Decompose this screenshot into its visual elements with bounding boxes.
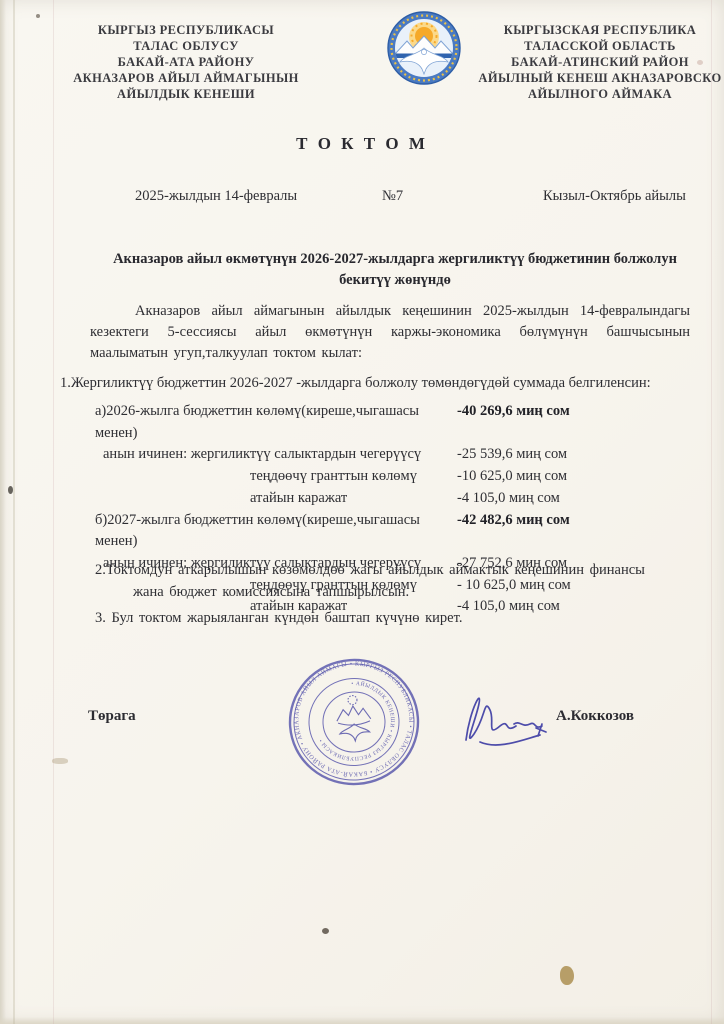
budget-value: -10 625,0 миң сом: [457, 466, 695, 488]
budget-row-2027-total: б)2027-жылга бюджеттин көлөмү(киреше,чыг…: [95, 510, 695, 553]
resolution-item-2: 2.Токтомдун аткарылышын көзөмөлдөө жагы …: [60, 560, 675, 603]
budget-value: -25 539,6 миң сом: [457, 444, 695, 466]
handwritten-signature: [450, 678, 554, 764]
budget-value: -4 105,0 миң сом: [457, 488, 695, 510]
budget-row-2026-grant: теңдөөчү гранттын көлөмү -10 625,0 миң с…: [95, 466, 695, 488]
budget-label: атайын каражат: [95, 488, 457, 510]
signatory-name: А.Коккозов: [556, 708, 634, 725]
org-line: АЙЫЛНЫЙ КЕНЕШ АКНАЗАРОВСКО: [470, 70, 724, 86]
budget-value: -40 269,6 миң сом: [457, 401, 695, 444]
resolution-item-3: 3. Бул токтом жарыяланган күндөн баштап …: [95, 610, 695, 627]
paper-stain: [560, 966, 574, 985]
letterhead-russian: КЫРГЫЗСКАЯ РЕСПУБЛИКА ТАЛАССКОЙ ОБЛАСТЬ …: [470, 22, 724, 102]
paper-speck: [8, 486, 13, 494]
org-line: БАКАЙ-АТА РАЙОНУ: [52, 54, 320, 70]
budget-label: теңдөөчү гранттын көлөмү: [95, 466, 457, 488]
scan-edge-bottom: [0, 1017, 724, 1024]
scanned-decree-document: КЫРГЫЗ РЕСПУБЛИКАСЫ ТАЛАС ОБЛУСУ БАКАЙ-А…: [0, 0, 724, 1024]
org-line: ТАЛАС ОБЛУСУ: [52, 38, 320, 54]
stamp-center-emblem: [335, 694, 372, 742]
document-title: Т О К Т О М: [0, 134, 724, 154]
budget-row-2026-taxes: анын ичинен: жергиликтүү салыктардын чег…: [95, 444, 695, 466]
org-line: КЫРГЫЗ РЕСПУБЛИКАСЫ: [52, 22, 320, 38]
org-line: АЙЫЛНОГО АЙМАКА: [470, 86, 724, 102]
document-date: 2025-жылдын 14-февралы: [135, 188, 297, 205]
document-number: №7: [382, 188, 403, 205]
signatory-role: Төрага: [88, 708, 136, 725]
preamble-paragraph: Акназаров айыл аймагынын айылдык кеңешин…: [90, 301, 690, 364]
kyrgyz-state-emblem-icon: [386, 10, 462, 86]
budget-label: б)2027-жылга бюджеттин көлөмү(киреше,чыг…: [95, 510, 457, 553]
org-line: БАКАЙ-АТИНСКИЙ РАЙОН: [470, 54, 724, 70]
budget-value: -42 482,6 миң сом: [457, 510, 695, 553]
paper-smudge: [52, 758, 68, 764]
paper-speck: [697, 60, 703, 65]
paper-speck: [322, 928, 329, 934]
org-line: АКНАЗАРОВ АЙЫЛ АЙМАГЫНЫН: [52, 70, 320, 86]
budget-label: а)2026-жылга бюджеттин көлөмү(киреше,чыг…: [95, 401, 457, 444]
official-round-seal-stamp: • КЫРГЫЗ РЕСПУБЛИКАСЫ • ТАЛАС ОБЛУСУ • Б…: [276, 647, 431, 797]
budget-row-2026-special: атайын каражат -4 105,0 миң сом: [95, 488, 695, 510]
org-line: АЙЫЛДЫК КЕНЕШИ: [52, 86, 320, 102]
budget-label: анын ичинен: жергиликтүү салыктардын чег…: [95, 444, 457, 466]
document-place: Кызыл-Октябрь айылы: [543, 188, 686, 205]
org-line: КЫРГЫЗСКАЯ РЕСПУБЛИКА: [470, 22, 724, 38]
paper-speck: [36, 14, 40, 18]
resolution-item-1: 1.Жергиликтүү бюджеттин 2026-2027 -жылда…: [60, 373, 695, 395]
letterhead-kyrgyz: КЫРГЫЗ РЕСПУБЛИКАСЫ ТАЛАС ОБЛУСУ БАКАЙ-А…: [52, 22, 320, 102]
document-subject: Акназаров айыл өкмөтүнүн 2026-2027-жылда…: [100, 249, 690, 291]
org-line: ТАЛАССКОЙ ОБЛАСТЬ: [470, 38, 724, 54]
budget-row-2026-total: а)2026-жылга бюджеттин көлөмү(киреше,чыг…: [95, 401, 695, 444]
